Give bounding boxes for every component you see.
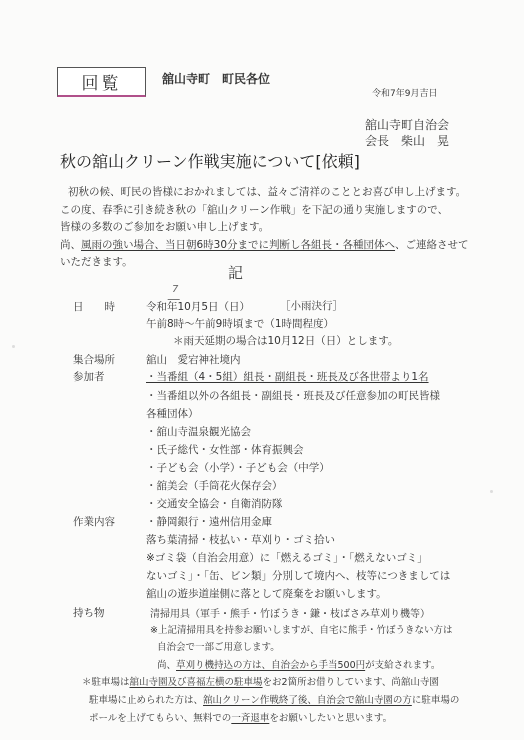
- meeting-place-label: 集合場所: [73, 352, 115, 367]
- parking-line-3: ポールを上げてもらい、無料での一斉退車をお願いしたいと思います。: [89, 710, 392, 724]
- parking-after-event-underlined: 舘山クリーン作戦終了後、自治会で舘山寺園の方: [203, 695, 412, 706]
- meeting-place-value: 舘山 愛宕神社境内: [146, 352, 241, 367]
- intro-line-5: いただきます。: [60, 254, 133, 269]
- intro-line-4: 尚、風雨の強い場合、当日朝6時30分までに判断し各組長・各種団体へ、ご連絡させて: [60, 237, 469, 252]
- schedule-time: 午前8時～午前9時頃まで（1時間程度）: [146, 316, 334, 331]
- belongings-line-1: 清掃用具（軍手・熊手・竹ぼうき・鎌・枝ばさみ草刈り機等）: [150, 605, 430, 620]
- belongings-line-4-suffix: が支給されます。: [365, 660, 440, 671]
- parking-locations-underlined: 舘山寺園及び喜福左横の駐車場: [130, 677, 263, 688]
- work-line: ないゴミ」・「缶、ビン類」分別して境内へ、枝等につきましては: [146, 568, 450, 583]
- parking-exit-underlined: 一斉退車: [231, 713, 269, 724]
- schedule-date: 令和年10月5日（日）: [146, 299, 250, 314]
- issue-date: 令和7年9月吉日: [372, 86, 437, 99]
- sender-name: 会長 柴山 晃: [365, 133, 449, 149]
- work-line: 落ち葉清掃・枝払い・草刈り・ゴミ拾い: [146, 532, 335, 547]
- belongings-line-4-prefix: 尚、: [157, 660, 176, 671]
- intro-line-4-prefix: 尚、: [60, 239, 81, 251]
- parking-line-2: 駐車場に止められた方は、舘山クリーン作戦終了後、自治会で舘山寺園の方に駐車場の: [89, 692, 459, 706]
- parking-line-3-prefix: ポールを上げてもらい、無料での: [89, 713, 231, 724]
- participant-item: ・当番組（4・5組）組長・副組長・班長及び各世帯より1名: [146, 369, 429, 384]
- participant-item: ・静岡銀行・遠州信用金庫: [146, 514, 272, 529]
- belongings-line-3: 自治会で一部ご用意します。: [157, 639, 280, 653]
- belongings-line-2: ※上記清掃用具を持参お願いしますが、自宅に熊手・竹ぼうきない方は: [150, 622, 452, 636]
- belongings-line-4: 尚、草刈り機持込の方は、自治会から手当500円が支給されます。: [157, 657, 440, 671]
- parking-line-3-suffix: をお願いしたいと思います。: [269, 713, 392, 724]
- kairan-label: 回覧: [82, 69, 122, 94]
- weather-notice-underlined: 風雨の強い場合、当日朝6時30分までに判断し各組長・各種団体へ: [81, 239, 395, 251]
- kairan-stamp-box: 回覧: [57, 67, 146, 97]
- participant-item: 各種団体）: [146, 406, 199, 421]
- scan-speck: [490, 490, 493, 493]
- parking-line-1-suffix: をお2箇所お借りしています、尚舘山寺園: [263, 677, 439, 688]
- rain-postpone: ＊雨天延期の場合は10月12日（日）とします。: [173, 333, 398, 348]
- participant-item: ・交通安全協会・自衛消防隊: [146, 496, 283, 511]
- participant-item: ・当番組以外の各組長・副組長・班長及び任意参加の町民皆様: [146, 388, 440, 403]
- addressee: 舘山寺町 町民各位: [162, 70, 270, 87]
- scan-speck: [12, 345, 15, 348]
- ki-heading: 記: [228, 262, 243, 283]
- participant-item: ・氏子総代・女性部・体育振興会: [146, 442, 304, 457]
- parking-line-1: ＊駐車場は舘山寺園及び喜福左横の駐車場をお2箇所お借りしています、尚舘山寺園: [82, 674, 439, 688]
- intro-line-1: 初秋の候、町民の皆様におかれましては、益々ご清祥のこととお喜び申し上げます。: [68, 184, 466, 199]
- parking-line-1-prefix: ＊駐車場は: [82, 677, 130, 688]
- work-line: 舘山の遊歩道崖側に落として廃棄をお願いします。: [146, 586, 387, 601]
- mower-allowance-underlined: 草刈り機持込の方は、自治会から手当500円: [176, 660, 365, 671]
- intro-line-4-suffix: 、ご連絡させて: [395, 239, 469, 251]
- sender-block: 舘山寺町自治会 会長 柴山 晃: [365, 117, 449, 149]
- belongings-label: 持ち物: [73, 605, 105, 620]
- participants-label: 参加者: [73, 369, 105, 384]
- org-name: 舘山寺町自治会: [365, 117, 449, 133]
- schedule-label: 日 時: [73, 299, 115, 314]
- intro-line-2: この度、春季に引き続き秋の「舘山クリーン作戦」を下記の通り実施しますので、: [60, 202, 448, 217]
- participant-item: ・舘山寺温泉観光協会: [146, 424, 251, 439]
- weather-policy: ［小雨決行］: [280, 298, 343, 313]
- participant-item: ・舘美会（手筒花火保存会）: [146, 478, 283, 493]
- parking-line-2-suffix: に駐車場の: [412, 695, 460, 706]
- work-label: 作業内容: [73, 514, 115, 529]
- document-title: 秋の舘山クリーン作戦実施について[依頼]: [60, 149, 360, 172]
- intro-line-3: 皆様の多数のご参加をお願い申し上げます。: [60, 219, 269, 234]
- participant-item: ・子ども会（小学）・子ども会（中学）: [146, 460, 330, 475]
- parking-line-2-prefix: 駐車場に止められた方は、: [89, 695, 203, 706]
- work-line: ※ゴミ袋（自治会用意）に「燃えるゴミ」・「燃えないゴミ」: [146, 550, 428, 565]
